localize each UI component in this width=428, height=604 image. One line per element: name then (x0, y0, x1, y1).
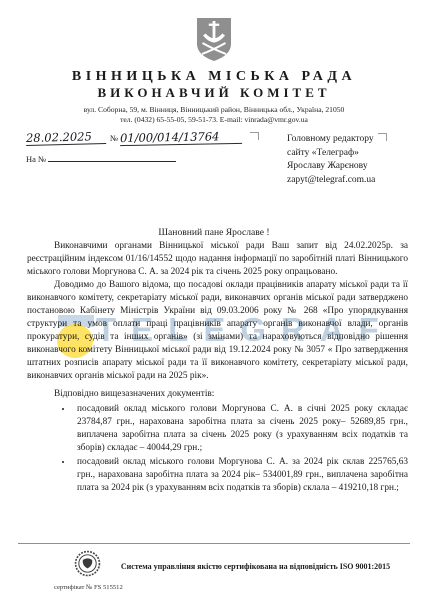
reply-label: На № (26, 154, 46, 164)
recipient-block: Головному редактору сайту «Телеграф» Яро… (287, 133, 375, 187)
handwritten-date: 28.02.2025 (26, 129, 92, 145)
reference-block: 28.02.2025№01/00/014/13764 (26, 130, 256, 145)
iso-certification-seal-icon (74, 550, 101, 582)
iso-certification-text: Система управління якістю сертифікована … (101, 562, 402, 571)
paragraph-request-processed: Виконавчими органами Вінницької міської … (27, 240, 408, 279)
organization-title: ВІННИЦЬКА МІСЬКА РАДА (0, 69, 428, 85)
handwritten-number: 01/00/014/13764 (120, 129, 220, 145)
recipient-position: Головному редактору (287, 133, 375, 147)
number-label: № (110, 133, 118, 143)
outgoing-number-field: 01/00/014/13764 (120, 129, 242, 146)
paragraph-salary-regulations: Доводимо до Вашого відома, що посадові о… (27, 279, 408, 383)
list-item-salary-2024: посадовий оклад міського голови Моргунов… (73, 456, 408, 495)
list-item-salary-2025: посадовий оклад міського голови Моргунов… (73, 403, 408, 455)
salary-details-list: посадовий оклад міського голови Моргунов… (27, 403, 408, 495)
footer: Система управління якістю сертифікована … (18, 543, 410, 591)
footer-row: Система управління якістю сертифікована … (18, 544, 410, 582)
recipient-name: Ярославу Жарєнову (287, 160, 375, 174)
address-line2: тел. (0432) 65-55-05, 59-51-73. E-mail: … (0, 115, 428, 125)
letterhead: ВІННИЦЬКА МІСЬКА РАДА ВИКОНАВЧИЙ КОМІТЕТ… (0, 16, 428, 124)
letter-body: Виконавчими органами Вінницької міської … (27, 240, 408, 496)
recipient-email: zapyt@telegraf.com.ua (287, 174, 375, 188)
reply-number-field (48, 153, 176, 162)
outgoing-date-field: 28.02.2025 (26, 129, 106, 146)
list-intro: Відповідно вищезазначених документів: (27, 388, 408, 401)
coat-of-arms-icon (0, 16, 428, 64)
recipient-site: сайту «Телеграф» (287, 147, 375, 161)
organization-address: вул. Соборна, 59, м. Вінниця, Вінницький… (0, 105, 428, 124)
address-line1: вул. Соборна, 59, м. Вінниця, Вінницький… (0, 105, 428, 115)
scanned-letter-page: ВІННИЦЬКА МІСЬКА РАДА ВИКОНАВЧИЙ КОМІТЕТ… (0, 0, 428, 604)
reply-reference-row: На № (26, 153, 176, 164)
organization-subtitle: ВИКОНАВЧИЙ КОМІТЕТ (0, 85, 428, 101)
recipient-corner-mark (378, 133, 387, 141)
certificate-number: сертифікат № FS 515512 (54, 584, 410, 591)
registration-corner-mark (250, 132, 259, 140)
salutation: Шановний пане Ярославе ! (0, 227, 428, 238)
